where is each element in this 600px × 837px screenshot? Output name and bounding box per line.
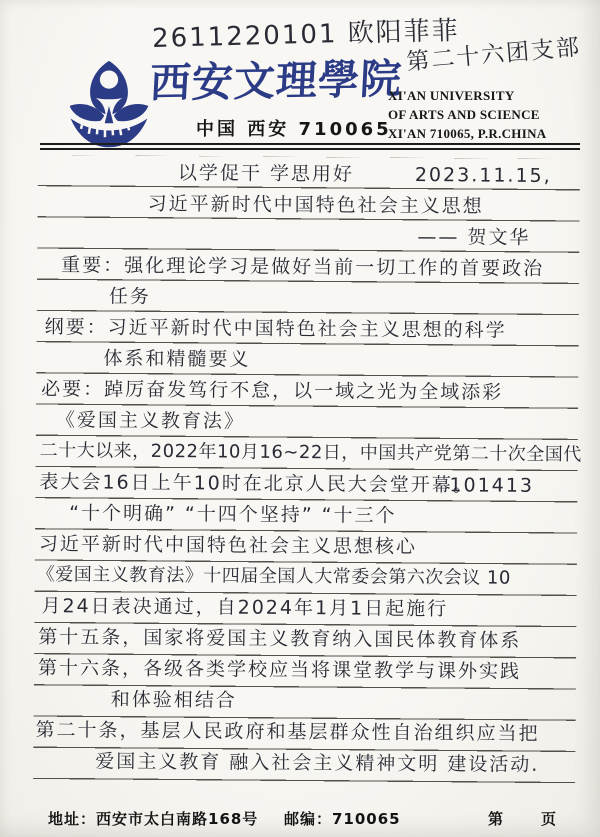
handwritten-line: 体系和精髓要义 — [103, 346, 250, 373]
handwritten-line: 纲要：习近平新时代中国特色社会主义思想的科学 — [45, 314, 507, 344]
handwritten-line: 必要：踔厉奋发笃行不怠，以一域之光为全域添彩 — [41, 376, 503, 406]
study-slogan: 以学促干 学思用好 — [178, 160, 354, 187]
date: 2023.11.15, — [415, 162, 552, 189]
footer-page-label-suffix: 页 — [541, 808, 557, 829]
handwritten-line: 第二十条，基层人民政府和基层群众性自治组织应当把 — [35, 717, 539, 747]
notes-sheet: 以学促干 学思用好 2023.11.15, 习近平新时代中国特色社会主义思想 —… — [0, 0, 600, 837]
footer-page-label-prefix: 第 — [488, 808, 504, 829]
footer-postcode: 邮编：710065 — [284, 808, 401, 829]
handwritten-line: 月24日表决通过，自2024年1月1日起施行 — [41, 593, 448, 622]
handwritten-line: 习近平新时代中国特色社会主义思想 — [148, 191, 484, 220]
handwritten-line: 以学促干 学思用好 2023.11.15, — [0, 159, 600, 190]
scanned-notes-page: 2611220101 欧阳菲菲 第二十六团支部 — [0, 0, 600, 837]
handwritten-line: 习近平新时代中国特色社会主义思想核心 — [39, 531, 417, 560]
handwritten-line: 和体验相结合 — [111, 687, 237, 714]
handwritten-line: 二十大以来，2022年10月16~22日，中国共产党第二十次全国代 — [40, 438, 582, 468]
handwritten-line: 爱国主义教育 融入社会主义精神文明 建设活动. — [95, 748, 539, 777]
page-footer: 地址：西安市太白南路168号 邮编：710065 第 页 — [0, 808, 600, 832]
margin-number: 101413 — [449, 472, 534, 499]
handwritten-line: “十个明确” “十四个坚持” “十三个 — [69, 500, 396, 529]
handwritten-line: 《爱国主义教育法》十四届全国人大常委会第六次会议 10 — [37, 562, 511, 592]
handwritten-line: 任务 — [109, 284, 151, 310]
handwritten-line: 重要：强化理论学习是做好当前一切工作的首要政治 — [61, 252, 544, 282]
handwritten-line: 第十五条，国家将爱国主义教育纳入国民体教育体系 — [38, 624, 521, 654]
handwritten-line: 《爱国主义教育法》 — [56, 407, 245, 434]
congress-note: 表大会16日上午10时在北京人民大会堂开幕。 — [39, 469, 474, 498]
handwritten-line: —— 贺文华 — [417, 224, 530, 251]
handwritten-line: 第十六条，各级各类学校应当将课堂教学与课外实践 — [38, 655, 521, 685]
handwritten-line: 表大会16日上午10时在北京人民大会堂开幕。 101413 — [0, 469, 598, 500]
footer-address: 地址：西安市太白南路168号 — [48, 808, 258, 829]
